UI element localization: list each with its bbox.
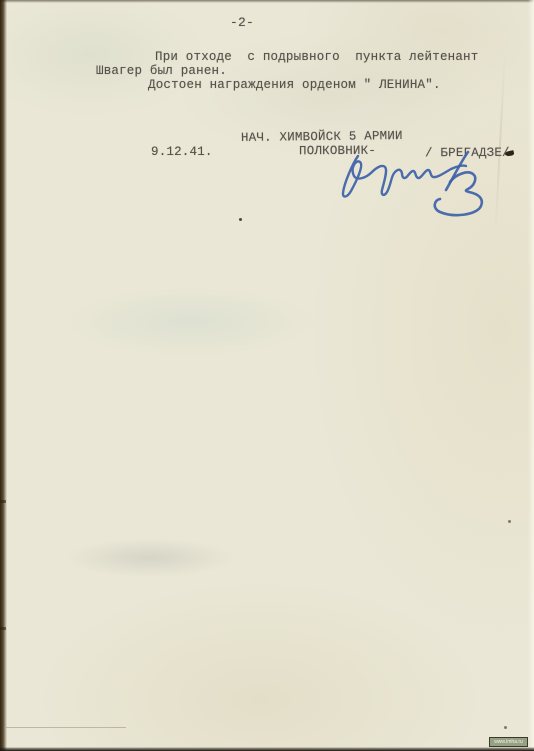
paper-crease <box>6 727 126 728</box>
signature-date: 9.12.41. <box>151 145 213 159</box>
watermark-badge: www.imha.ru <box>489 737 528 747</box>
paragraph-line: Достоен награждения орденом " ЛЕНИНА". <box>148 78 441 92</box>
scan-edge-bottom <box>0 747 534 751</box>
ink-speck <box>505 150 515 157</box>
scan-edge-left <box>0 0 7 751</box>
paragraph-line: Швагер был ранен. <box>96 64 227 78</box>
scan-edge-right <box>528 0 534 751</box>
binding-notch <box>0 500 6 503</box>
signature-icon <box>332 150 502 224</box>
binding-notch <box>0 627 6 630</box>
page-number: -2- <box>230 16 254 30</box>
signature-unit-title: НАЧ. ХИМВОЙСК 5 АРМИИ <box>241 129 403 145</box>
paragraph-line: При отходе с подрывного пункта лейтенант <box>155 50 478 64</box>
ink-dot <box>239 218 242 221</box>
paper-speck <box>504 726 507 729</box>
scan-edge-top <box>0 0 534 3</box>
paper-speck <box>508 520 511 523</box>
scanned-document-page: -2- При отходе с подрывного пункта лейте… <box>0 0 534 751</box>
